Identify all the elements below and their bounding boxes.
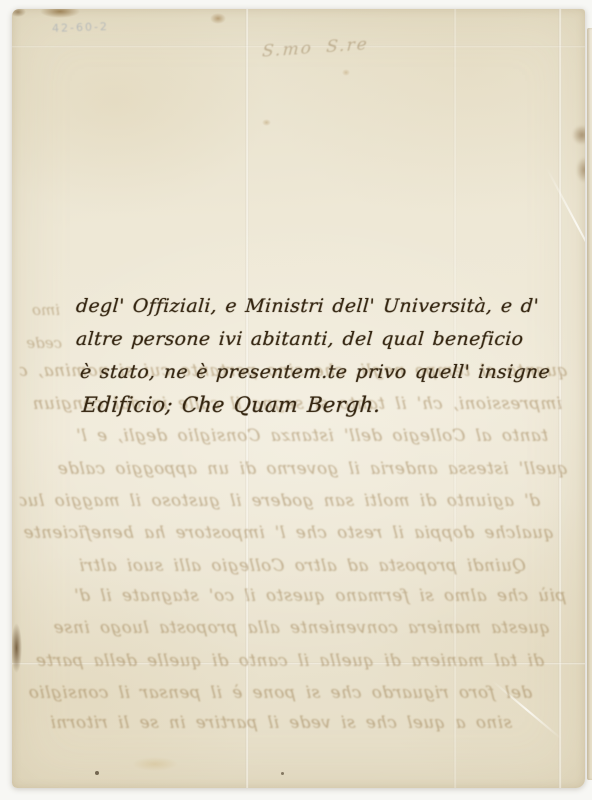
- showthrough-line: più che almo si fermano questo il co' st…: [19, 585, 567, 607]
- ink-speck: [95, 771, 99, 775]
- showthrough-line: di tal maniera di quella il canto di que…: [21, 650, 545, 672]
- showthrough-line: quell' istessa anderia il governo di un …: [23, 458, 569, 480]
- manuscript-text-block: degl' Offiziali, e Ministri dell' Univer…: [76, 290, 562, 422]
- showthrough-line: del foro riguardo che si pone è il pensa…: [23, 682, 533, 704]
- showthrough-fragment: imo: [14, 301, 60, 321]
- stain: [40, 9, 80, 18]
- stain: [132, 757, 178, 771]
- showthrough-line: tanto al Collegio dell' istanza Consigli…: [17, 425, 549, 447]
- showthrough-line: sino a quel che si vede il partire in se…: [41, 712, 513, 734]
- manuscript-text-line: altre persone ivi abitanti, del qual ben…: [75, 323, 563, 356]
- showthrough-line: Quindi proposta ad altro Collegio alli s…: [25, 555, 527, 577]
- manuscript-page: 42-60-2 S.mo S.re quanto al tempo negli,…: [12, 9, 585, 788]
- manuscript-text-line: degl' Offiziali, e Ministri dell' Univer…: [75, 290, 563, 323]
- manuscript-text-line: è stato, ne è presentem.te privo quell' …: [79, 356, 563, 389]
- showthrough-fragment: cede: [12, 334, 62, 354]
- showthrough-line: qualche doppia il resto che l' impostore…: [17, 522, 555, 544]
- showthrough-line: d' agiunto di molti san godere il gustos…: [19, 490, 541, 512]
- pencil-inventory-note: 42-60-2: [52, 20, 109, 35]
- conjugate-leaf-edge: [587, 28, 592, 780]
- foxing-spot: [262, 119, 271, 126]
- scan-background: 42-60-2 S.mo S.re quanto al tempo negli,…: [0, 0, 592, 800]
- foxing-spot: [342, 69, 350, 76]
- stain: [210, 13, 226, 24]
- surface-scratch: [546, 167, 585, 283]
- ink-speck: [281, 772, 284, 775]
- stain: [572, 125, 585, 145]
- manuscript-text-line: Edificio; Che Quam Bergh.: [81, 389, 563, 422]
- stain: [12, 9, 26, 17]
- showthrough-line: questa maniera conveniente alla proposta…: [17, 617, 551, 639]
- stain: [576, 157, 585, 183]
- salutation-showthrough: S.mo S.re: [261, 32, 402, 62]
